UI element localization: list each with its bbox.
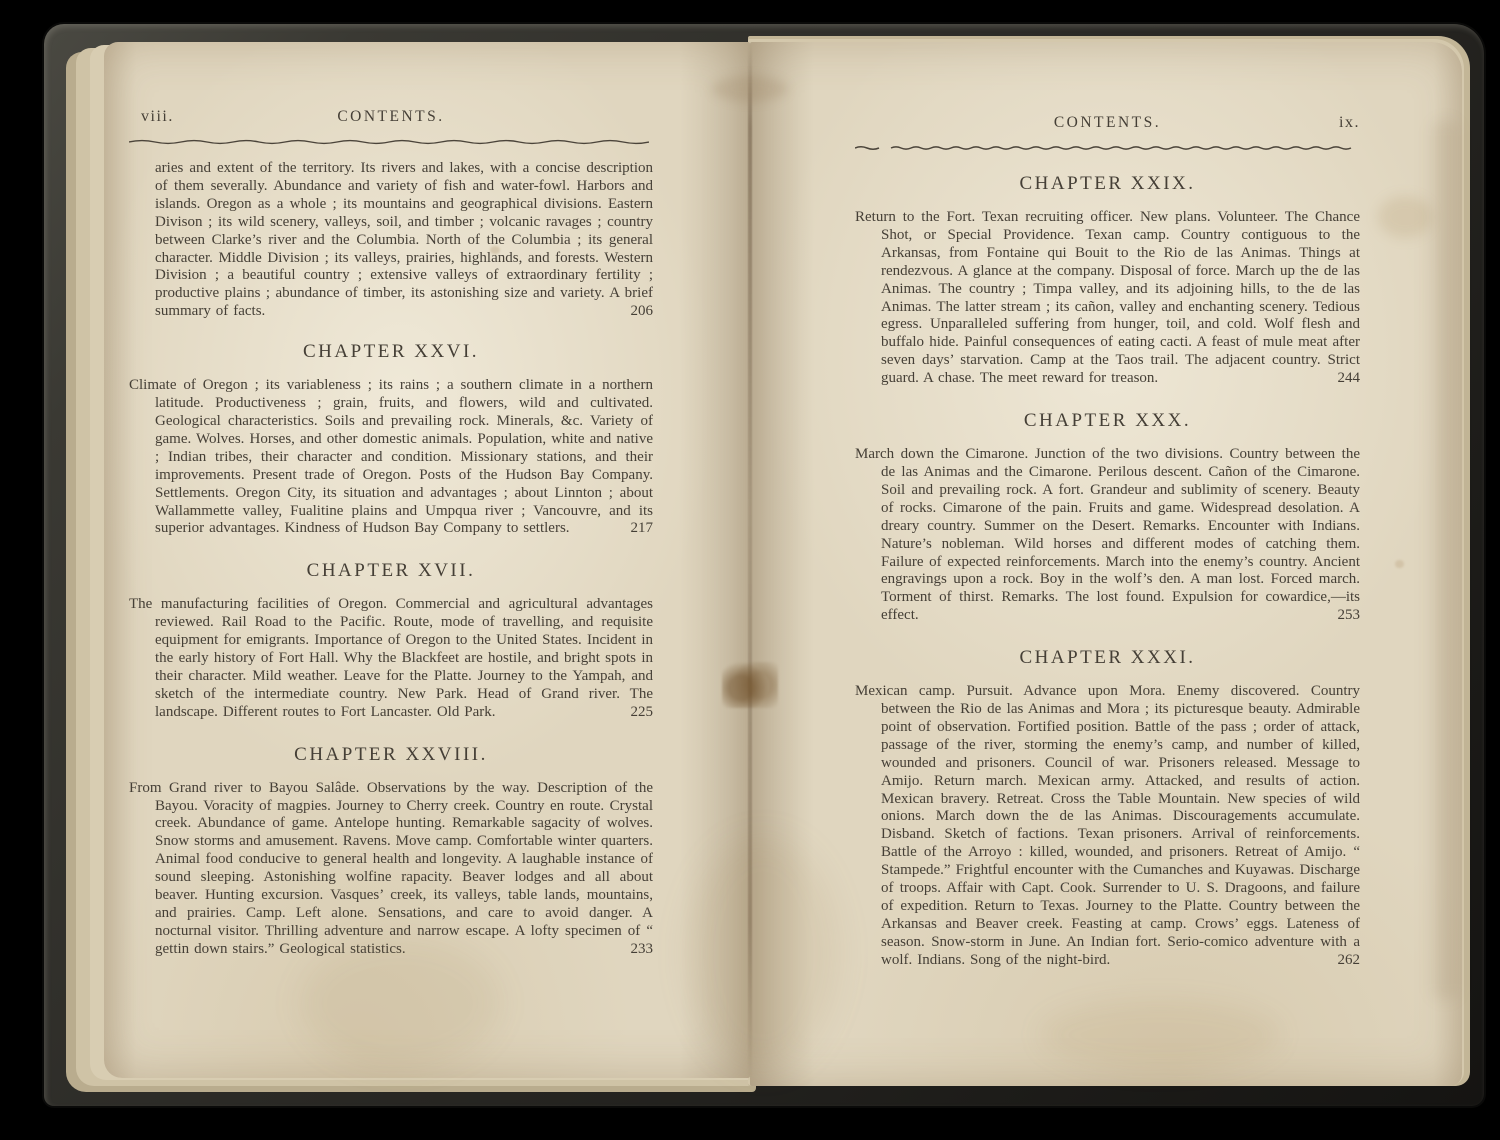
chapter-heading: CHAPTER XXX. xyxy=(855,410,1360,432)
chapter-heading: CHAPTER XXVI. xyxy=(129,341,653,363)
toc-entry-chapter-xxvi: CHAPTER XXVI. Climate of Oregon ; its va… xyxy=(129,341,653,538)
page-number: 206 xyxy=(631,303,654,320)
toc-entry-chapter-xxix: CHAPTER XXIX. Return to the Fort. Texan … xyxy=(855,173,1360,388)
folio-number-left: viii. xyxy=(141,108,174,126)
right-page-header: ix. CONTENTS. xyxy=(855,112,1360,138)
chapter-heading: CHAPTER XXIX. xyxy=(855,173,1360,195)
toc-entry-chapter-xxviii: CHAPTER XXVIII. From Grand river to Bayo… xyxy=(129,744,653,959)
left-page-header: viii. CONTENTS. xyxy=(129,106,653,132)
left-page: viii. CONTENTS. aries and extent of the … xyxy=(104,42,750,1078)
page-number: 253 xyxy=(1338,607,1361,624)
chapter-heading: CHAPTER XVII. xyxy=(129,560,653,582)
wavy-rule-left xyxy=(129,137,649,147)
page-number: 225 xyxy=(631,704,654,721)
toc-entry-chapter-xxx: CHAPTER XXX. March down the Cimarone. Ju… xyxy=(855,410,1360,625)
chapter-summary: aries and extent of the territory. Its r… xyxy=(129,160,653,321)
chapter-summary: Mexican camp. Pursuit. Advance upon Mora… xyxy=(855,683,1360,970)
open-book: viii. CONTENTS. aries and extent of the … xyxy=(0,0,1500,1140)
chapter-summary: The manufacturing facilities of Oregon. … xyxy=(129,596,653,721)
wavy-rule-right xyxy=(855,143,1361,153)
chapter-summary: March down the Cimarone. Junction of the… xyxy=(855,446,1360,625)
right-page: ix. CONTENTS. CHAPTER XXIX. Return to th… xyxy=(750,42,1462,1086)
running-head-left: CONTENTS. xyxy=(129,106,653,126)
page-number: 217 xyxy=(631,520,654,537)
toc-entry-continuation: aries and extent of the territory. Its r… xyxy=(129,160,653,321)
binding-crease xyxy=(748,44,752,1078)
running-head-right: CONTENTS. xyxy=(855,112,1360,132)
page-number: 233 xyxy=(631,941,654,958)
chapter-summary: Return to the Fort. Texan recruiting off… xyxy=(855,209,1360,388)
page-number: 262 xyxy=(1338,952,1361,969)
toc-entry-chapter-xvii: CHAPTER XVII. The manufacturing faciliti… xyxy=(129,560,653,721)
chapter-heading: CHAPTER XXXI. xyxy=(855,647,1360,669)
chapter-heading: CHAPTER XXVIII. xyxy=(129,744,653,766)
folio-number-right: ix. xyxy=(1339,114,1360,132)
chapter-summary: Climate of Oregon ; its variableness ; i… xyxy=(129,377,653,538)
toc-entry-chapter-xxxi: CHAPTER XXXI. Mexican camp. Pursuit. Adv… xyxy=(855,647,1360,970)
chapter-summary: From Grand river to Bayou Salâde. Observ… xyxy=(129,780,653,959)
page-number: 244 xyxy=(1338,370,1361,387)
